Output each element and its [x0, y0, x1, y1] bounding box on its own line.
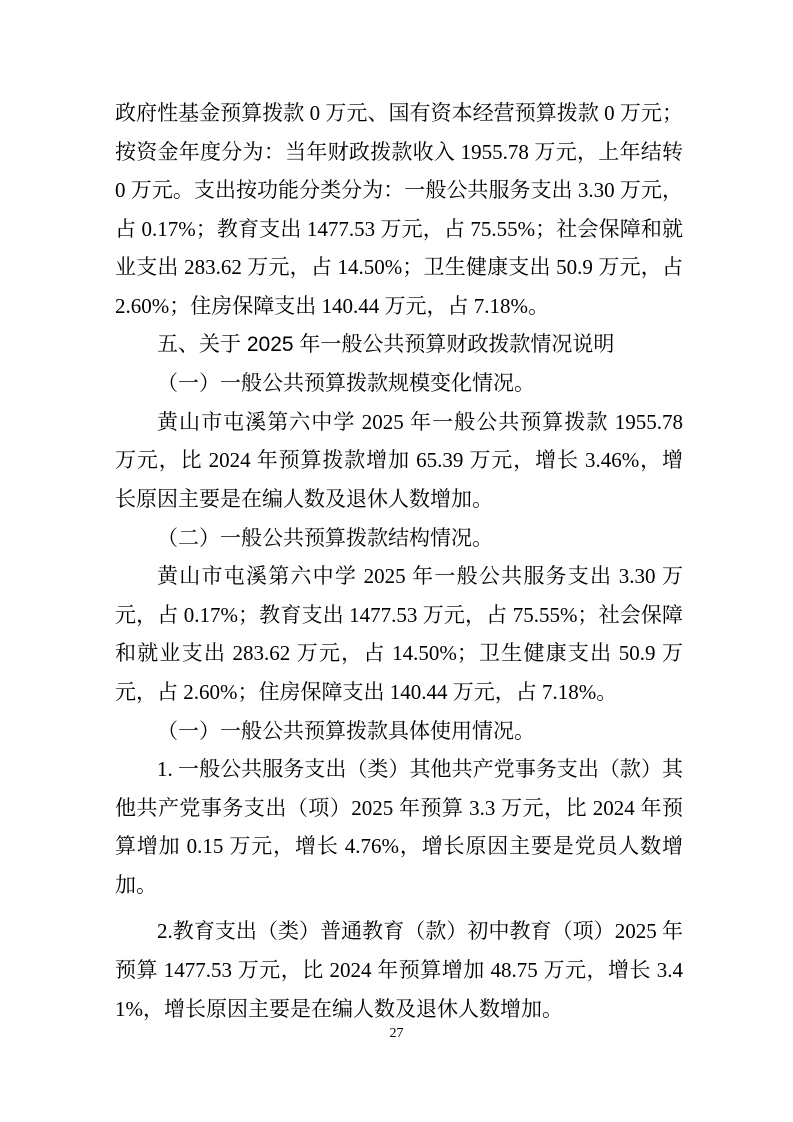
paragraph-funding-breakdown-continued: 政府性基金预算拨款 0 万元、国有资本经营预算拨款 0 万元；按资金年度分为：当… [115, 94, 683, 326]
paragraph-usage-item-2: 2.教育支出（类）普通教育（款）初中教育（项）2025 年预算 1477.53 … [115, 912, 683, 1028]
paragraph-usage-item-1: 1. 一般公共服务支出（类）其他共产党事务支出（款）其他共产党事务支出（项）20… [115, 750, 683, 904]
subsection-heading-structure: （二）一般公共预算拨款结构情况。 [115, 519, 683, 558]
subsection-heading-scale-change: （一）一般公共预算拨款规模变化情况。 [115, 364, 683, 403]
page-number: 27 [0, 1024, 793, 1044]
paragraph-scale-change: 黄山市屯溪第六中学 2025 年一般公共预算拨款 1955.78 万元，比 20… [115, 403, 683, 519]
subsection-heading-specific-usage: （一）一般公共预算拨款具体使用情况。 [115, 712, 683, 751]
section-heading-general-public-budget: 五、关于 2025 年一般公共预算财政拨款情况说明 [115, 326, 683, 365]
paragraph-structure: 黄山市屯溪第六中学 2025 年一般公共服务支出 3.30 万元，占 0.17%… [115, 557, 683, 711]
document-body: 政府性基金预算拨款 0 万元、国有资本经营预算拨款 0 万元；按资金年度分为：当… [115, 94, 683, 1028]
document-page: 政府性基金预算拨款 0 万元、国有资本经营预算拨款 0 万元；按资金年度分为：当… [0, 0, 793, 1122]
